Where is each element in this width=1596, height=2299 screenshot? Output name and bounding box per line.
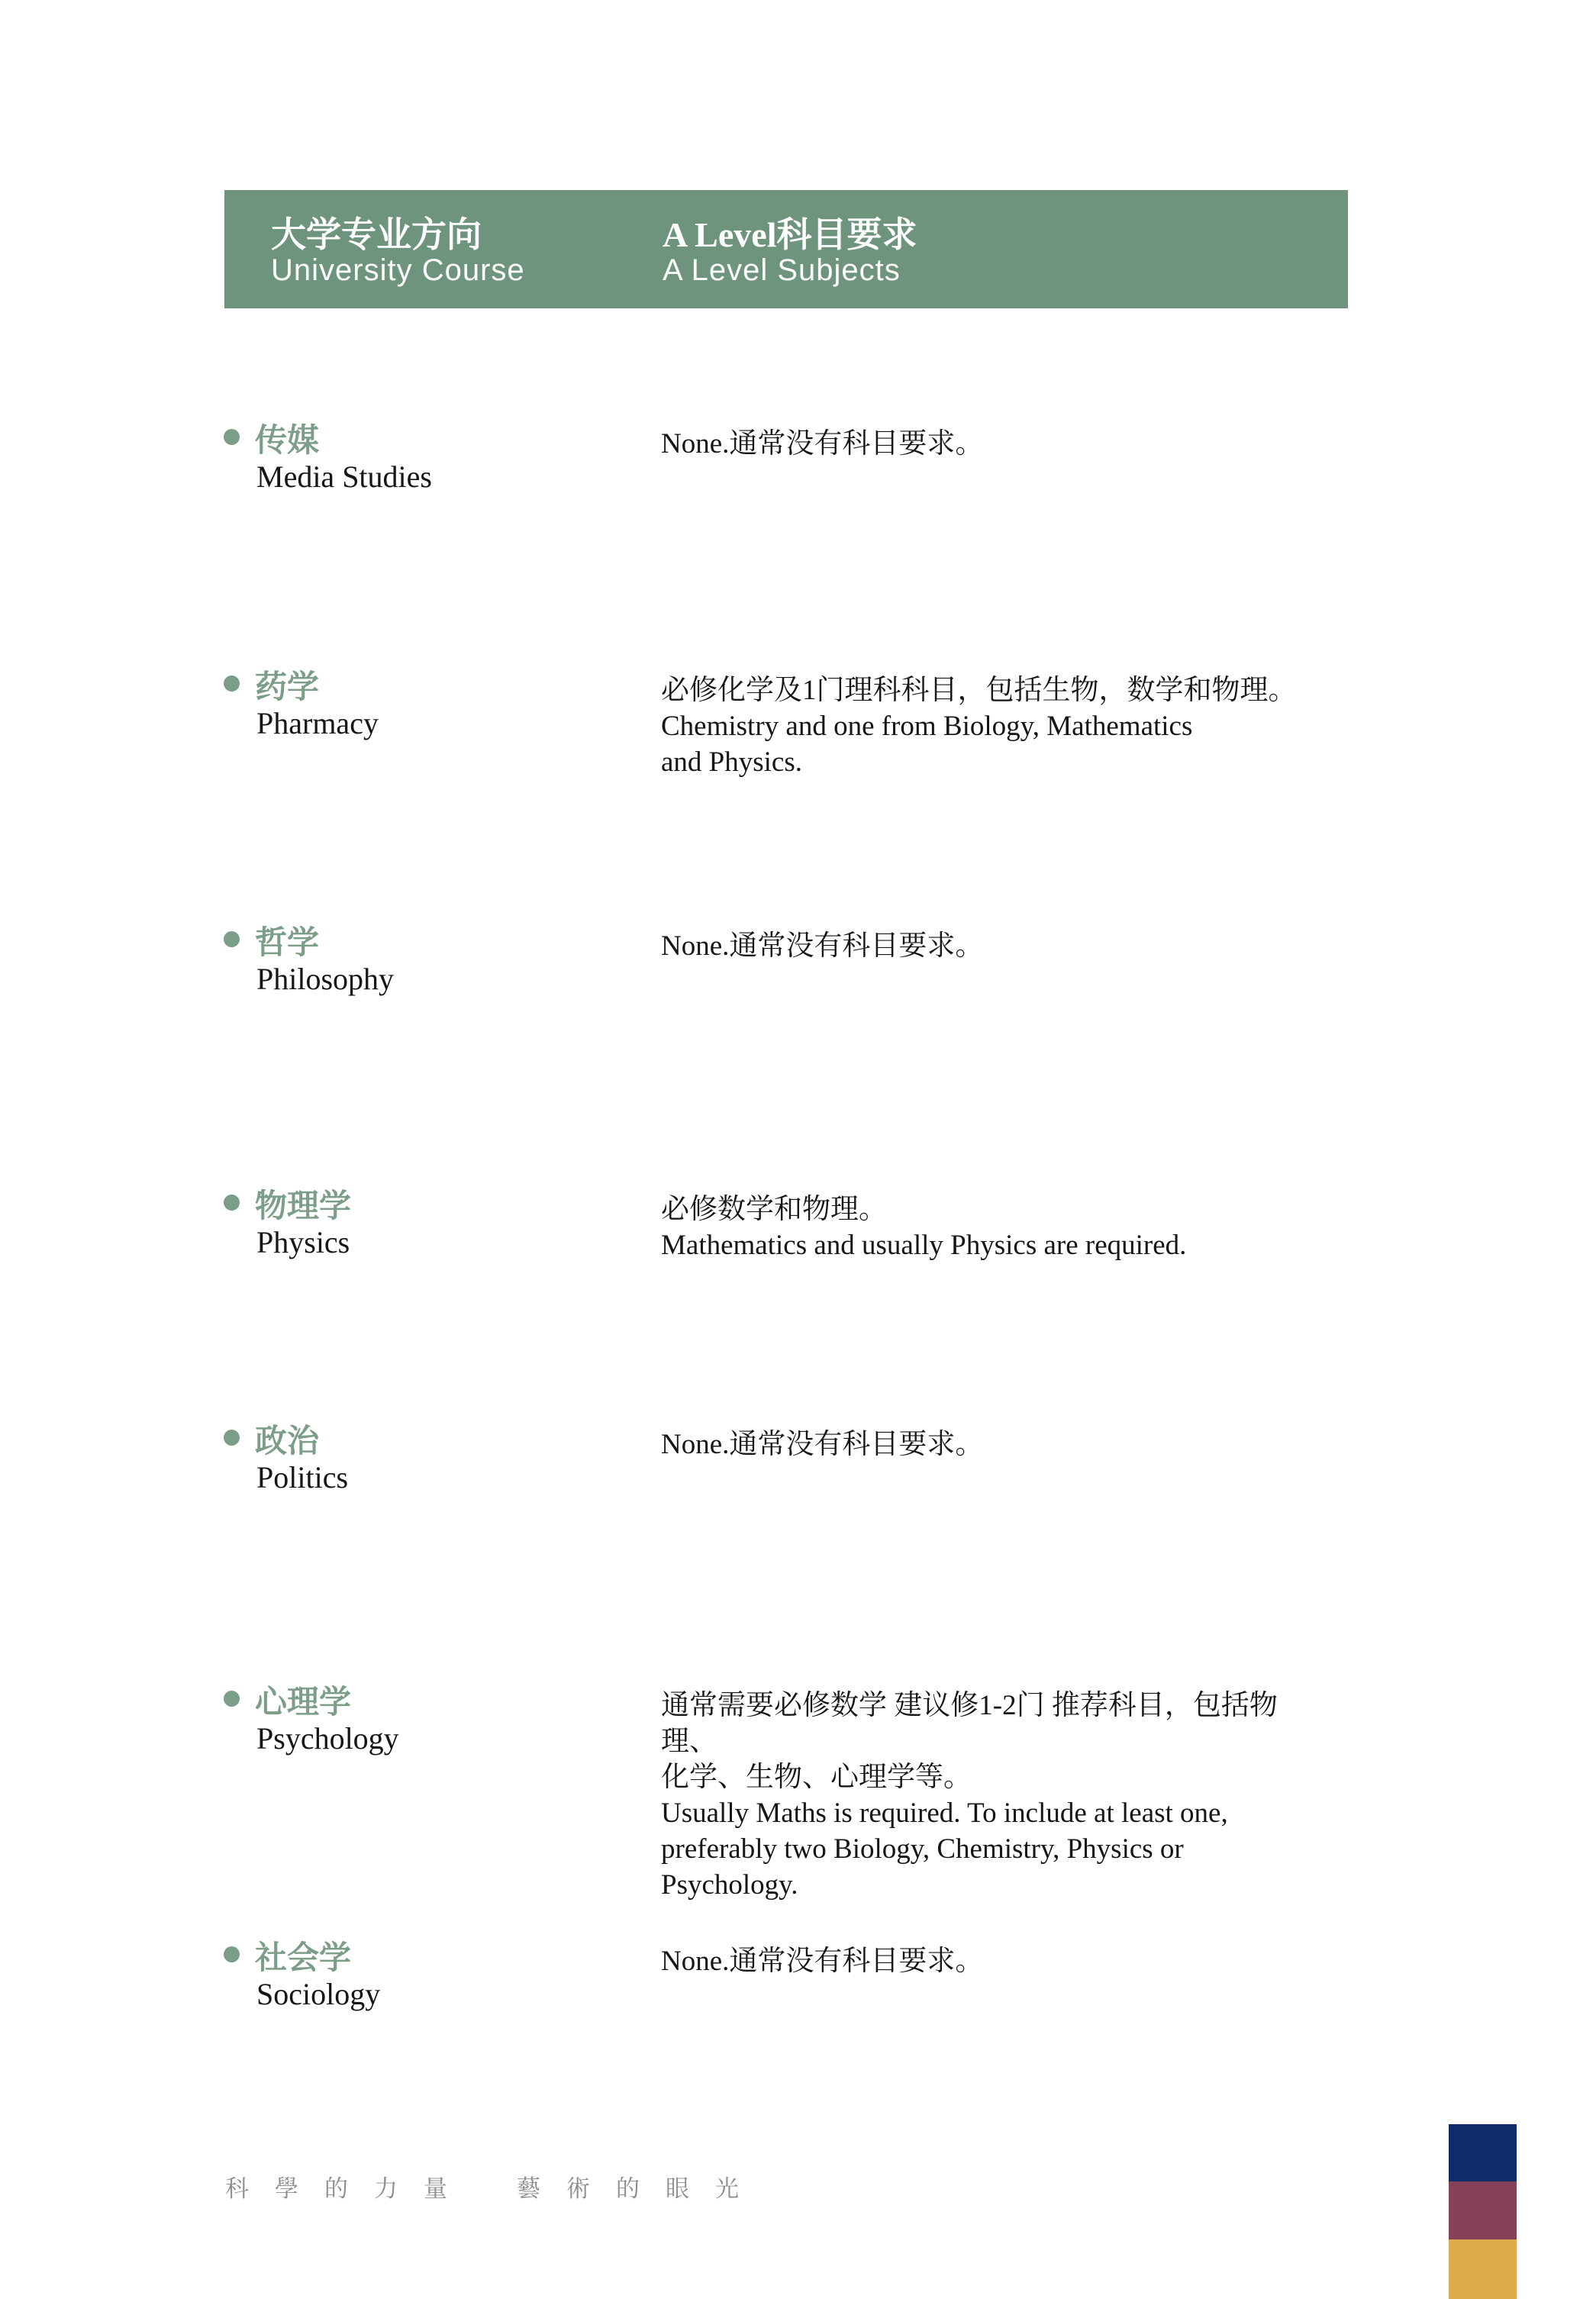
subject-requirement: None.通常没有科目要求。 bbox=[661, 426, 1325, 462]
course-name-zh: 药学 bbox=[255, 672, 319, 704]
course-name-en: Psychology bbox=[256, 1722, 399, 1756]
motto-art: 藝術的眼光 bbox=[517, 2175, 765, 2202]
subject-requirement: None.通常没有科目要求。 bbox=[661, 1427, 1325, 1462]
bullet-icon bbox=[224, 1195, 240, 1211]
course-name-en: Media Studies bbox=[256, 460, 432, 494]
course-name-zh: 物理学 bbox=[255, 1191, 351, 1223]
bullet-icon bbox=[224, 1691, 240, 1707]
bullet-icon bbox=[224, 1946, 240, 1962]
brand-square-navy bbox=[1449, 2124, 1517, 2181]
bullet-icon bbox=[224, 1430, 240, 1446]
course-name-zh: 哲学 bbox=[255, 927, 319, 959]
document-page: 大学专业方向 University Course A Level科目要求 A L… bbox=[0, 0, 1596, 2299]
course-name-zh: 传媒 bbox=[255, 425, 319, 457]
header-title-en: University Course bbox=[271, 253, 525, 288]
brand-square-plum bbox=[1449, 2181, 1517, 2239]
subject-requirement: 通常需要必修数学 建议修1-2门 推荐科目，包括物理、 化学、生物、心理学等。 … bbox=[661, 1688, 1325, 1903]
course-name-en: Philosophy bbox=[256, 962, 394, 996]
motto-science: 科學的力量 bbox=[225, 2175, 473, 2202]
course-name-zh: 心理学 bbox=[255, 1687, 351, 1719]
course-name-en: Physics bbox=[256, 1226, 350, 1259]
course-name-zh: 社会学 bbox=[255, 1943, 351, 1975]
footer-motto: 科學的力量藝術的眼光 bbox=[225, 2174, 765, 2204]
subject-requirement: None.通常没有科目要求。 bbox=[661, 928, 1325, 964]
header-title-en: A Level Subjects bbox=[663, 253, 901, 288]
course-name-en: Pharmacy bbox=[256, 707, 379, 740]
header-title-zh: 大学专业方向 bbox=[271, 215, 482, 255]
course-name-en: Sociology bbox=[256, 1978, 380, 2011]
subject-requirement: 必修数学和物理。 Mathematics and usually Physics… bbox=[661, 1191, 1325, 1263]
bullet-icon bbox=[224, 429, 240, 445]
course-name-en: Politics bbox=[256, 1461, 348, 1495]
bullet-icon bbox=[224, 931, 240, 947]
brand-square-gold bbox=[1449, 2239, 1517, 2299]
header-title-zh: A Level科目要求 bbox=[663, 215, 917, 255]
subject-requirement: None.通常没有科目要求。 bbox=[661, 1943, 1325, 1979]
table-header-bar: 大学专业方向 University Course A Level科目要求 A L… bbox=[224, 190, 1348, 308]
bullet-icon bbox=[224, 676, 240, 692]
subject-requirement: 必修化学及1门理科科目，包括生物，数学和物理。 Chemistry and on… bbox=[661, 672, 1325, 780]
course-name-zh: 政治 bbox=[255, 1426, 319, 1458]
